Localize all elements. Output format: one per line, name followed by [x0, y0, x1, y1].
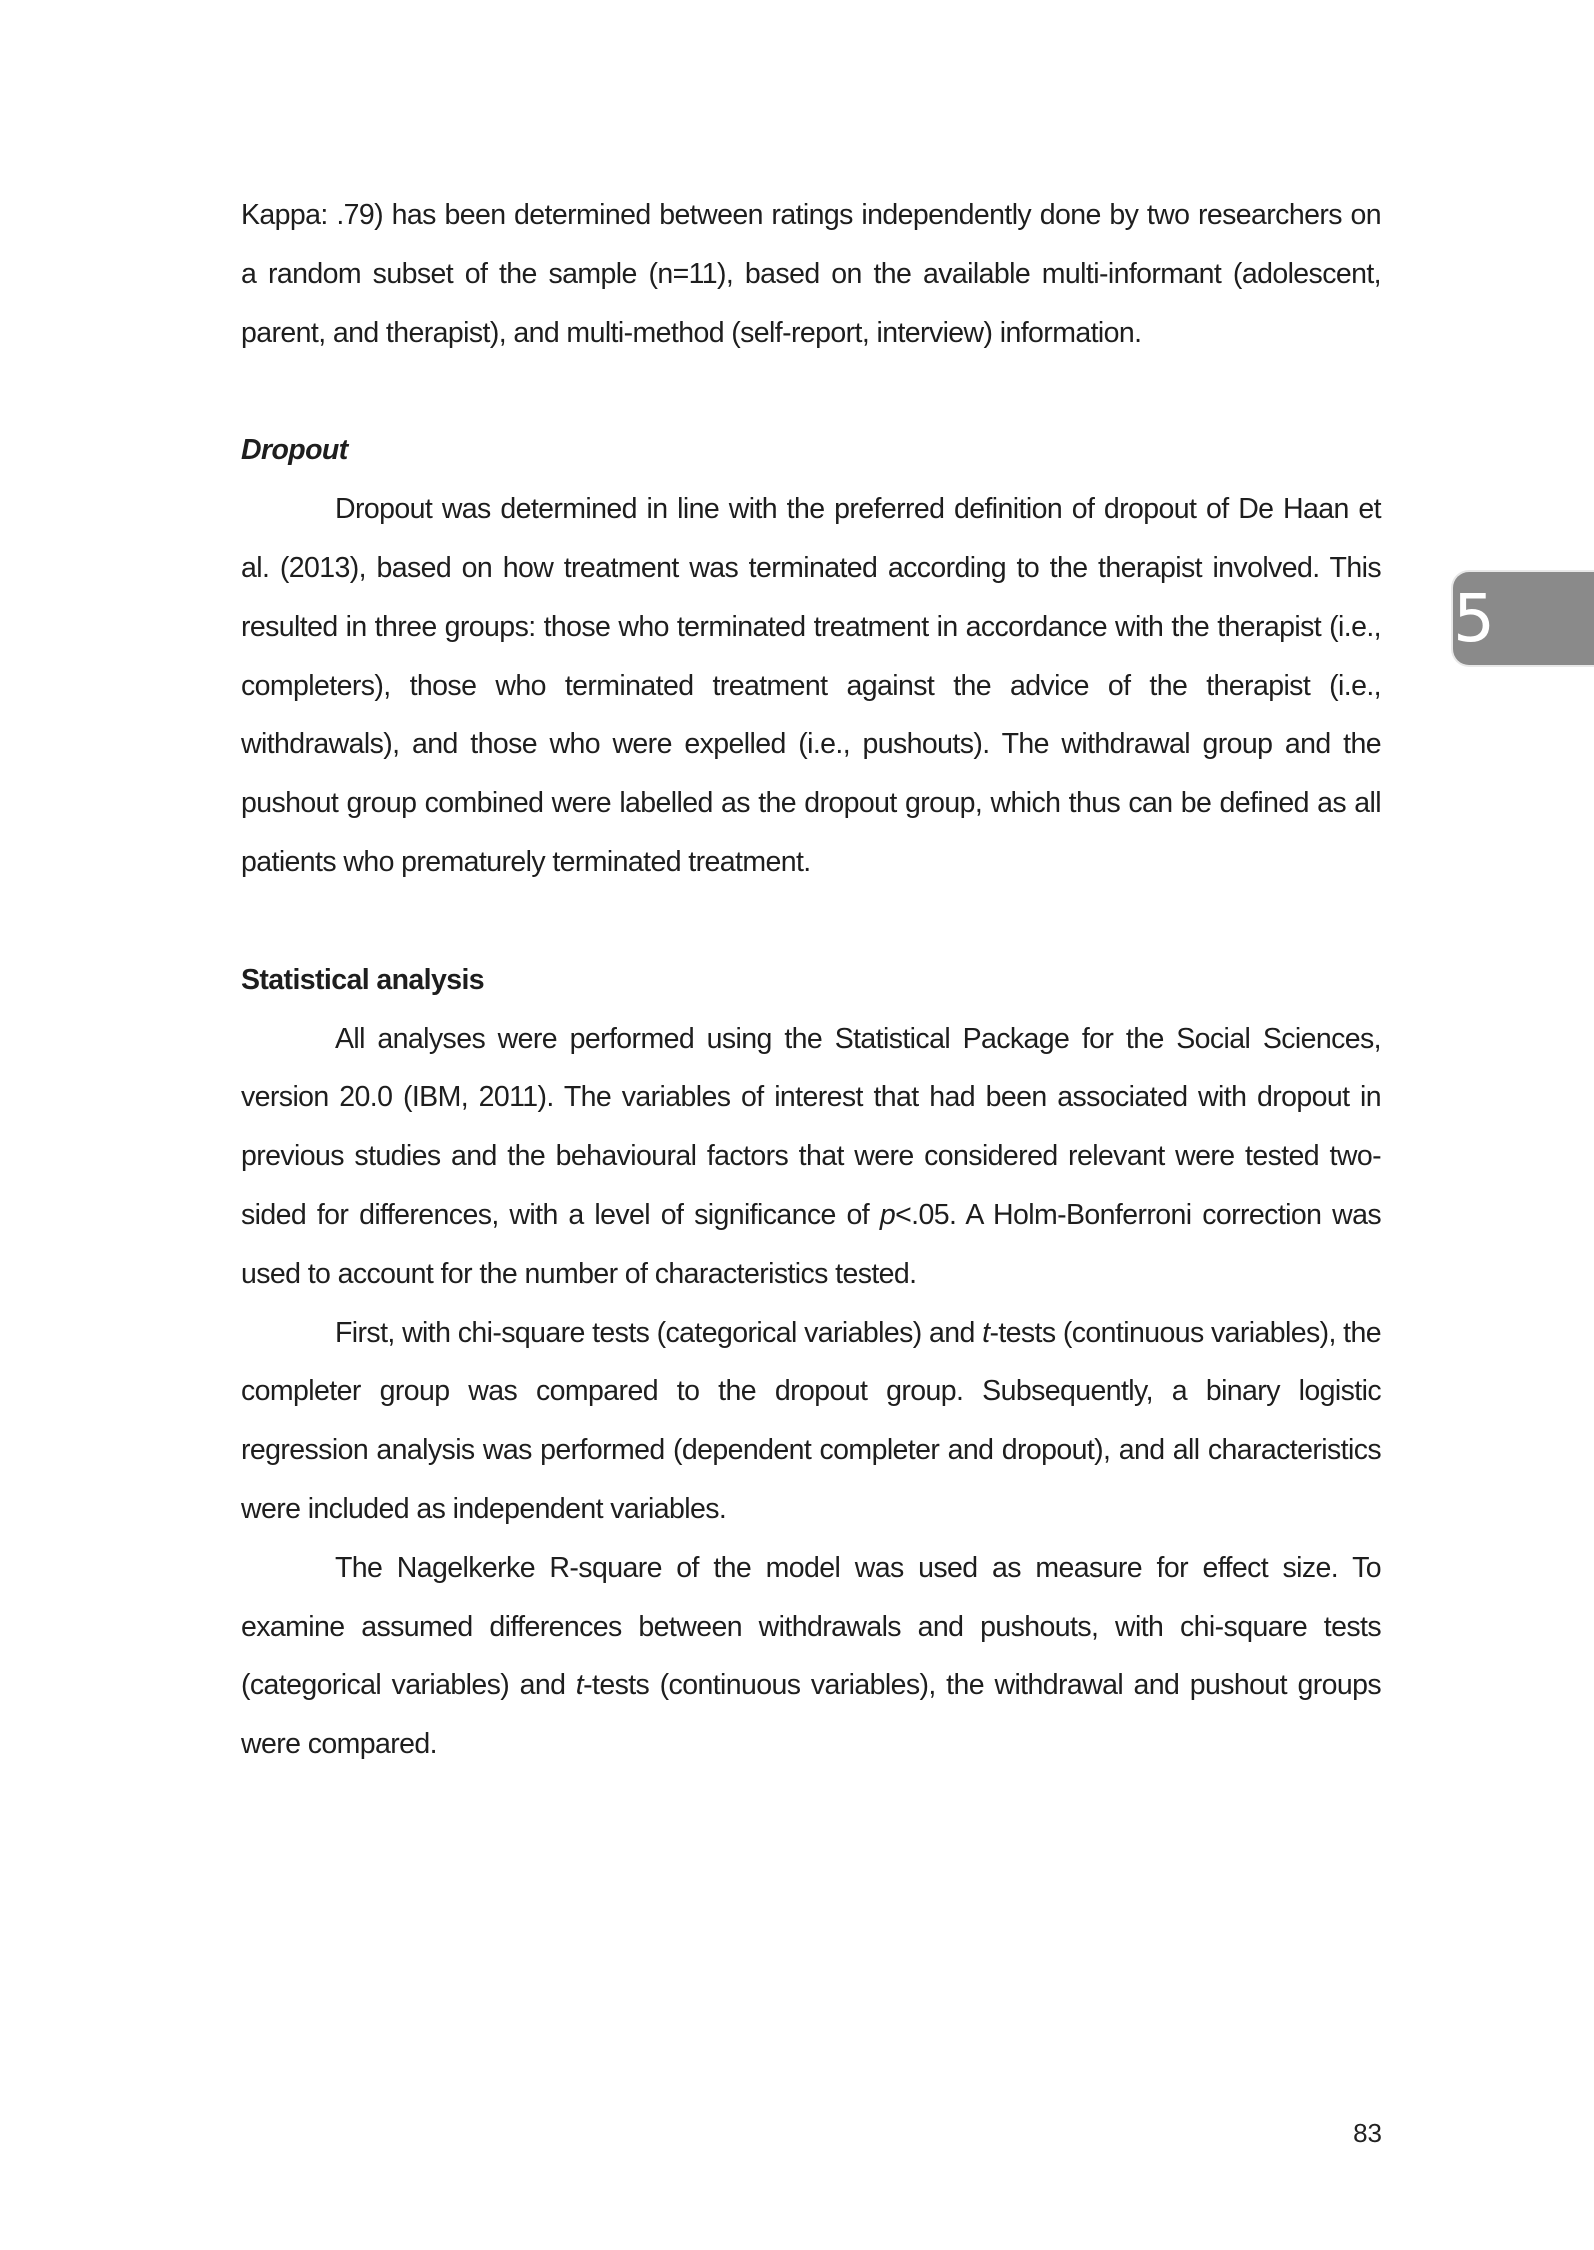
page-number: 83 [1340, 2118, 1382, 2149]
section-heading-dropout: Dropout [241, 421, 1381, 480]
section-heading-statistical-analysis: Statistical analysis [241, 951, 1381, 1010]
paragraph-dropout: Dropout was determined in line with the … [241, 480, 1381, 892]
chapter-number: 5 [1453, 572, 1495, 665]
italic-p-value: p [880, 1199, 895, 1231]
page-body: Kappa: .79) has been determined between … [241, 186, 1381, 1774]
text-span: First, with chi-square tests (categorica… [335, 1317, 982, 1349]
paragraph-kappa: Kappa: .79) has been determined between … [241, 186, 1381, 362]
paragraph-statistical-1: All analyses were performed using the St… [241, 1010, 1381, 1304]
section-gap [241, 362, 1381, 421]
paragraph-statistical-2: First, with chi-square tests (categorica… [241, 1304, 1381, 1539]
chapter-tab: 5 [1453, 572, 1594, 665]
paragraph-statistical-3: The Nagelkerke R-square of the model was… [241, 1539, 1381, 1774]
section-gap [241, 892, 1381, 951]
